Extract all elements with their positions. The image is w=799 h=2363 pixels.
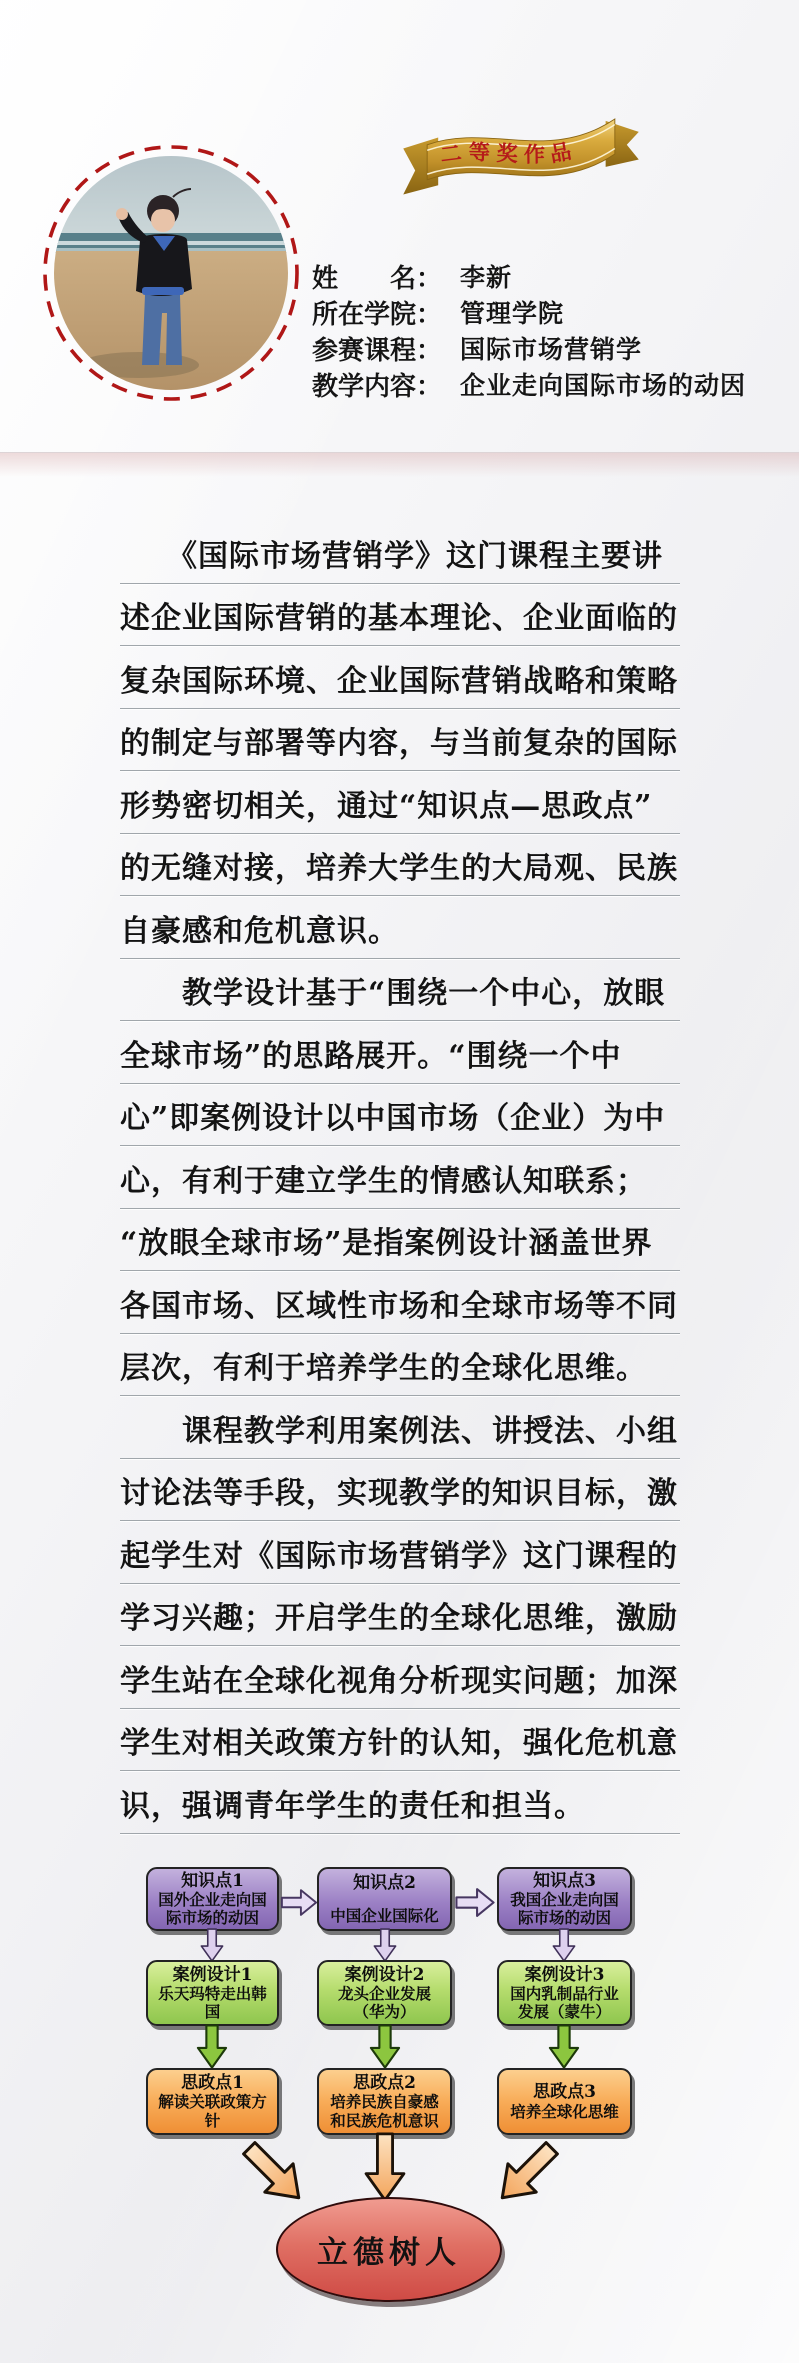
content-label: 教学内容： bbox=[312, 366, 450, 403]
flow-box-case-1: 案例设计1 乐天玛特走出韩国 bbox=[146, 1960, 279, 2026]
body-line: 述企业国际营销的基本理论、企业面临的 bbox=[120, 584, 680, 647]
college-value: 管理学院 bbox=[460, 294, 564, 330]
goal-ellipse: 立德树人 bbox=[276, 2197, 502, 2302]
portrait-photo bbox=[41, 139, 301, 409]
flow-box-title: 思政点3 bbox=[533, 2082, 596, 2102]
body-line: 心”即案例设计以中国市场（企业）为中 bbox=[120, 1084, 680, 1147]
flow-arrow-right-icon bbox=[454, 1886, 496, 1919]
flow-box-title: 案例设计1 bbox=[173, 1965, 253, 1985]
flow-box-desc: 解读关联政策方针 bbox=[153, 2093, 272, 2130]
body-line: 的制定与部署等内容，与当前复杂的国际 bbox=[120, 709, 680, 772]
body-line: 层次，有利于培养学生的全球化思维。 bbox=[120, 1334, 680, 1397]
body-line: 自豪感和危机意识。 bbox=[120, 896, 680, 959]
info-row-course: 参赛课程： 国际市场营销学 bbox=[312, 330, 772, 366]
flow-box-knowledge-1: 知识点1 国外企业走向国际市场的动因 bbox=[146, 1867, 279, 1931]
section-divider-shadow bbox=[0, 453, 799, 477]
flow-box-title: 思政点1 bbox=[181, 2073, 244, 2093]
body-line: “放眼全球市场”是指案例设计涵盖世界 bbox=[120, 1209, 680, 1272]
flow-box-desc: 国外企业走向国际市场的动因 bbox=[153, 1891, 272, 1928]
body-line: 课程教学利用案例法、讲授法、小组 bbox=[120, 1396, 680, 1459]
body-line: 起学生对《国际市场营销学》这门课程的 bbox=[120, 1521, 680, 1584]
body-line: 《国际市场营销学》这门课程主要讲 bbox=[120, 521, 680, 584]
course-label: 参赛课程： bbox=[312, 330, 450, 367]
flow-box-title: 知识点1 bbox=[181, 1871, 244, 1891]
info-row-content: 教学内容： 企业走向国际市场的动因 bbox=[312, 366, 772, 402]
portrait-photo-graphic bbox=[41, 139, 301, 409]
flow-box-title: 知识点3 bbox=[533, 1871, 596, 1891]
course-value: 国际市场营销学 bbox=[460, 330, 642, 366]
flow-arrow-right-icon bbox=[280, 1886, 318, 1919]
flow-arrow-down-icon bbox=[542, 1928, 586, 1962]
flow-arrow-down-icon bbox=[190, 2024, 234, 2069]
body-line: 学生对相关政策方针的认知，强化危机意 bbox=[120, 1709, 680, 1772]
flow-box-title: 思政点2 bbox=[353, 2073, 416, 2093]
body-line: 学生站在全球化视角分析现实问题；加深 bbox=[120, 1646, 680, 1709]
content-value: 企业走向国际市场的动因 bbox=[460, 366, 746, 402]
body-line: 心，有利于建立学生的情感认知联系； bbox=[120, 1146, 680, 1209]
flow-box-title: 知识点2 bbox=[353, 1873, 416, 1893]
flow-box-desc: 龙头企业发展（华为） bbox=[324, 1985, 445, 2022]
body-line: 识，强调青年学生的责任和担当。 bbox=[120, 1771, 680, 1834]
ribbon-label: 二等奖作品 bbox=[439, 137, 580, 167]
body-line: 学习兴趣；开启学生的全球化思维，激励 bbox=[120, 1584, 680, 1647]
ribbon-banner-icon: 二等奖作品 bbox=[390, 108, 652, 200]
flow-box-ideology-1: 思政点1 解读关联政策方针 bbox=[146, 2068, 279, 2135]
flow-box-case-2: 案例设计2 龙头企业发展（华为） bbox=[317, 1960, 452, 2026]
award-ribbon: 二等奖作品 bbox=[390, 108, 652, 200]
flow-arrow-down-icon bbox=[190, 1928, 234, 1962]
flow-box-knowledge-2: 知识点2 中国企业国际化 bbox=[317, 1867, 452, 1931]
flow-arrow-down-icon bbox=[363, 2024, 407, 2069]
body-line: 全球市场”的思路展开。“围绕一个中 bbox=[120, 1021, 680, 1084]
flow-box-desc: 培养民族自豪感和民族危机意识 bbox=[324, 2093, 445, 2130]
flow-box-desc: 国内乳制品行业发展（蒙牛） bbox=[504, 1985, 625, 2022]
goal-label: 立德树人 bbox=[317, 2227, 461, 2272]
flow-box-desc: 培养全球化思维 bbox=[510, 2103, 619, 2121]
body-line: 各国市场、区域性市场和全球市场等不同 bbox=[120, 1271, 680, 1334]
poster-page: 二等奖作品 姓 名： 李新 所在学院： 管理学院 参赛课程： 国际市场营销学 教… bbox=[0, 0, 799, 2363]
flow-box-ideology-3: 思政点3 培养全球化思维 bbox=[497, 2068, 632, 2135]
info-row-college: 所在学院： 管理学院 bbox=[312, 294, 772, 330]
flow-box-title: 案例设计2 bbox=[345, 1965, 425, 1985]
body-line: 形势密切相关，通过“知识点—思政点” bbox=[120, 771, 680, 834]
flow-box-title: 案例设计3 bbox=[525, 1965, 605, 1985]
svg-text:二等奖作品: 二等奖作品 bbox=[439, 137, 580, 167]
course-description: 《国际市场营销学》这门课程主要讲 述企业国际营销的基本理论、企业面临的 复杂国际… bbox=[120, 521, 680, 1834]
college-label: 所在学院： bbox=[312, 294, 450, 331]
info-row-name: 姓 名： 李新 bbox=[312, 258, 772, 294]
flow-box-ideology-2: 思政点2 培养民族自豪感和民族危机意识 bbox=[317, 2068, 452, 2135]
name-label: 姓 名： bbox=[312, 258, 450, 295]
flow-box-desc: 我国企业走向国际市场的动因 bbox=[504, 1891, 625, 1928]
flow-box-knowledge-3: 知识点3 我国企业走向国际市场的动因 bbox=[497, 1867, 632, 1931]
name-value: 李新 bbox=[460, 258, 512, 294]
body-line: 讨论法等手段，实现教学的知识目标，激 bbox=[120, 1459, 680, 1522]
body-line: 复杂国际环境、企业国际营销战略和策略 bbox=[120, 646, 680, 709]
flow-arrow-down-icon bbox=[542, 2024, 586, 2069]
flow-arrow-down-left-icon bbox=[485, 2131, 568, 2214]
flow-box-desc: 中国企业国际化 bbox=[330, 1907, 439, 1925]
flow-arrow-down-icon bbox=[363, 2132, 407, 2202]
flow-box-case-3: 案例设计3 国内乳制品行业发展（蒙牛） bbox=[497, 1960, 632, 2026]
flow-arrow-down-icon bbox=[363, 1928, 407, 1962]
flow-arrow-down-right-icon bbox=[232, 2131, 315, 2214]
body-line: 教学设计基于“围绕一个中心，放眼 bbox=[120, 959, 680, 1022]
body-line: 的无缝对接，培养大学生的大局观、民族 bbox=[120, 834, 680, 897]
flow-box-desc: 乐天玛特走出韩国 bbox=[153, 1985, 272, 2022]
profile-info: 姓 名： 李新 所在学院： 管理学院 参赛课程： 国际市场营销学 教学内容： 企… bbox=[312, 258, 772, 402]
